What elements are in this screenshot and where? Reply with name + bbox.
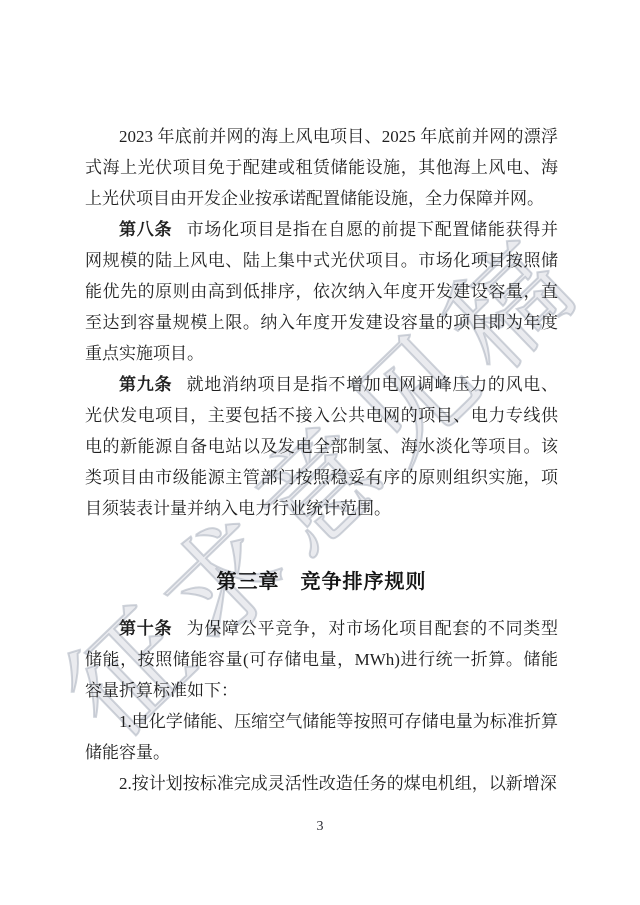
chapter-heading: 第三章 竞争排序规则 xyxy=(85,568,558,596)
list-item-1: 1.电化学储能、压缩空气储能等按照可存储电量为标准折算储能容量。 xyxy=(85,706,558,768)
paragraph-article-10: 第十条为保障公平竞争，对市场化项目配套的不同类型储能，按照储能容量(可存储电量，… xyxy=(85,613,558,706)
paragraph-article-9: 第九条就地消纳项目是指不增加电网调峰压力的风电、光伏发电项目，主要包括不接入公共… xyxy=(85,369,558,524)
paragraph-text: 2023 年底前并网的海上风电项目、2025 年底前并网的漂浮式海上光伏项目免于… xyxy=(85,127,558,208)
list-item-2: 2.按计划按标准完成灵活性改造任务的煤电机组，以新增深 xyxy=(85,768,558,799)
document-page: 征求意见稿 2023 年底前并网的海上风电项目、2025 年底前并网的漂浮式海上… xyxy=(0,0,640,905)
paragraph-offshore-grid-connection: 2023 年底前并网的海上风电项目、2025 年底前并网的漂浮式海上光伏项目免于… xyxy=(85,121,558,214)
article-8-label: 第八条 xyxy=(119,220,172,239)
paragraph-article-8: 第八条市场化项目是指在自愿的前提下配置储能获得并网规模的陆上风电、陆上集中式光伏… xyxy=(85,214,558,369)
article-9-label: 第九条 xyxy=(119,375,172,394)
document-content: 2023 年底前并网的海上风电项目、2025 年底前并网的漂浮式海上光伏项目免于… xyxy=(85,121,558,799)
paragraph-text: 市场化项目是指在自愿的前提下配置储能获得并网规模的陆上风电、陆上集中式光伏项目。… xyxy=(85,220,558,363)
page-number: 3 xyxy=(0,817,640,837)
paragraph-text: 2.按计划按标准完成灵活性改造任务的煤电机组，以新增深 xyxy=(119,774,557,793)
paragraph-text: 就地消纳项目是指不增加电网调峰压力的风电、光伏发电项目，主要包括不接入公共电网的… xyxy=(85,375,558,518)
article-10-label: 第十条 xyxy=(119,619,172,638)
paragraph-text: 1.电化学储能、压缩空气储能等按照可存储电量为标准折算储能容量。 xyxy=(85,712,558,762)
